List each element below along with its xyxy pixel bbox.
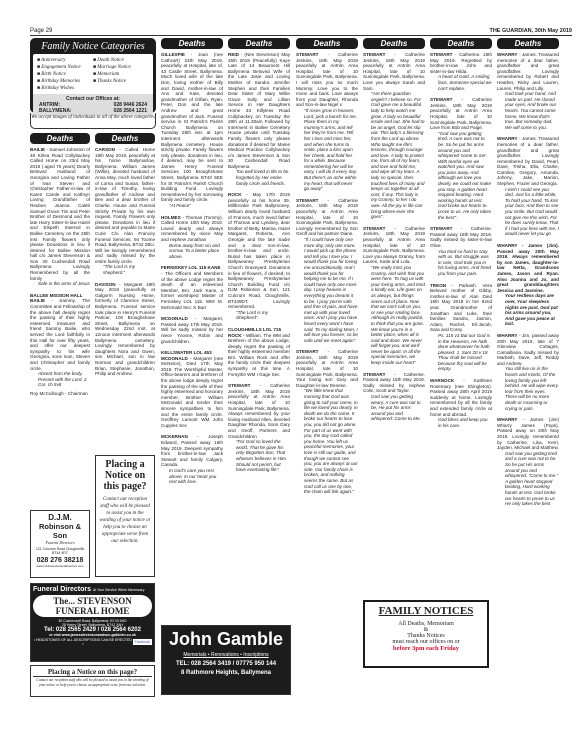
deaths-header: Deaths [430, 38, 492, 49]
deaths-header: Deaths [228, 38, 290, 49]
death-notice: STEWART - Catherine Jenkins, 18th May 20… [363, 52, 425, 220]
death-notice: MCDONALD - Margaret, Passed away 17th Ma… [161, 316, 223, 344]
djm-robinson-ad: D.J.M. Robinson & Son Funeral Directors … [30, 510, 90, 578]
death-notice: STEWART - Catherine. 18th May 2019. Regr… [430, 52, 492, 91]
deaths-header: Deaths [95, 133, 155, 144]
column-7: DeathsSTEWART - Catherine. 18th May 2019… [430, 38, 492, 548]
family-notice-categories: Family Notice Categories ■ Anniversary■ … [30, 38, 156, 113]
category-item: ■ Birthday Wishes [37, 85, 93, 92]
death-notice: CARSON - Called Home 19th May 2019, peac… [95, 147, 155, 276]
category-item: ■ Anniversary [37, 57, 93, 64]
death-notice: GILLESPIE - Joan (nee Cathcart) 24th May… [161, 52, 223, 209]
death-notice: STEWART - Catherine Jenkins, 18th May 20… [430, 97, 492, 220]
placing-notice-wide-ad: Placing a Notice on this page? Contact o… [30, 665, 155, 697]
column-4: DeathsREID - (Nee Stevenson) May 25th 20… [228, 38, 290, 598]
family-notices-ad: FAMILY NOTICES All Deaths, Memoriam & Th… [363, 600, 489, 668]
publication-date: THE GUARDIAN, 30th May 2019 [489, 28, 572, 34]
death-notice: HOLMES - Thomas (Tommy). Called Home 10t… [161, 215, 223, 260]
deaths-header: Deaths [30, 133, 90, 144]
category-item: ■ Birth Notice [37, 71, 93, 78]
john-gamble-ad: John Gamble Memorials • Renovations • In… [161, 625, 291, 695]
categories-title: Family Notice Categories [33, 41, 153, 52]
column-2: DeathsCARSON - Called Home 19th May 2019… [95, 133, 155, 453]
death-notice: STEWART - Catherine Jenkins, 18th May 20… [296, 198, 358, 343]
death-notice: WHARRY - Jim, passed away 20th May 2019,… [497, 333, 559, 411]
death-notice: TREON - Parkash. Vera Beloved mother of … [430, 283, 492, 373]
death-notice: WHARRY - James (Jim). Passed away 20th M… [497, 243, 559, 327]
category-item: ■ Death Notice [93, 57, 149, 64]
death-notice: WHARRY - James. Treasured memories of a … [497, 52, 559, 130]
placing-notice-ad: Placing a Notice on this page? Contact o… [95, 455, 155, 577]
death-notice: STEWART - Catherine Jenkins, 18th May 20… [363, 226, 425, 366]
page-header: Page 29 THE GUARDIAN, 30th May 2019 [30, 26, 572, 36]
death-notice: ROCK - May 17th 2019 peacefully at his h… [228, 192, 290, 321]
death-notice: CLOUGHMILLS LOL 715ROCK - William. The W… [228, 327, 290, 377]
category-item: ■ Memoriam [93, 71, 149, 78]
death-notice: BAILIE - Samuel Johnston of 48 Kilrea Ro… [30, 147, 90, 287]
death-notice: REID - (Nee Stevenson) May 25th 2019 (Pe… [228, 52, 290, 186]
death-notice: BALLEE MISSION HALLBAILIE - Sammy. The C… [30, 293, 90, 397]
column-1: DeathsBAILIE - Samuel Johnston of 48 Kil… [30, 133, 90, 503]
category-item: ■ Engagement Notice [37, 64, 93, 71]
column-5: DeathsSTEWART - Catherine Jenkins, 18th … [296, 38, 358, 698]
death-notice: MCKERNAN - Joseph Edward, Passed away 16… [161, 434, 223, 484]
page-number: Page 29 [30, 28, 52, 34]
column-3: DeathsGILLESPIE - Joan (nee Cathcart) 24… [161, 38, 223, 598]
deaths-header: Deaths [497, 38, 559, 49]
death-notice: STEWART - Catherine. Passed away 18th Ma… [430, 226, 492, 276]
category-item: ■ Birthday Memories [37, 78, 93, 85]
death-notice: WARNOCK - Kathleen Rosemary (nee Shingle… [430, 378, 492, 428]
death-notice: WHARRY - James (Jim) Wharry James (Pops)… [497, 417, 559, 507]
category-item: ■ Marriage Notice [93, 64, 149, 71]
death-notice: KELLSWATER LOL 453MCDONALD - Margaret (n… [161, 350, 223, 428]
death-notice: STEWART - Catherine Jenkins, 18th May 20… [296, 349, 358, 494]
death-notice: STEWART - Catherine. Passed away 18th Ma… [363, 372, 425, 422]
death-notice: STEWART - Catherine Jenkins, 18th May 20… [228, 383, 290, 473]
deaths-header: Deaths [296, 38, 358, 49]
death-notice: STEWART - Catherine Jenkins, 18th May 20… [296, 52, 358, 192]
deaths-header: Deaths [161, 38, 223, 49]
deaths-header: Deaths [363, 38, 425, 49]
facebook-icon[interactable]: Facebook [133, 639, 152, 645]
death-notice: DAVISON - Margaret 19th May 2019 (peacef… [95, 282, 155, 377]
column-6: DeathsSTEWART - Catherine Jenkins, 18th … [363, 38, 425, 548]
death-notice: WHARRY - James. Treasured memories of a … [497, 136, 559, 237]
images-accepted-note: We accept images of individuals in all o… [30, 113, 156, 129]
stevenson-funeral-ad: Funeral Directors At Your Service When N… [30, 583, 155, 662]
column-8: DeathsWHARRY - James. Treasured memories… [497, 38, 559, 698]
death-notice: FERNISKEY LOL 115 KANE - The Officers an… [161, 265, 223, 310]
category-item: ■ Thanks Notice [93, 78, 149, 85]
categories-list: ■ Anniversary■ Death Notice■ Engagement … [37, 57, 149, 92]
